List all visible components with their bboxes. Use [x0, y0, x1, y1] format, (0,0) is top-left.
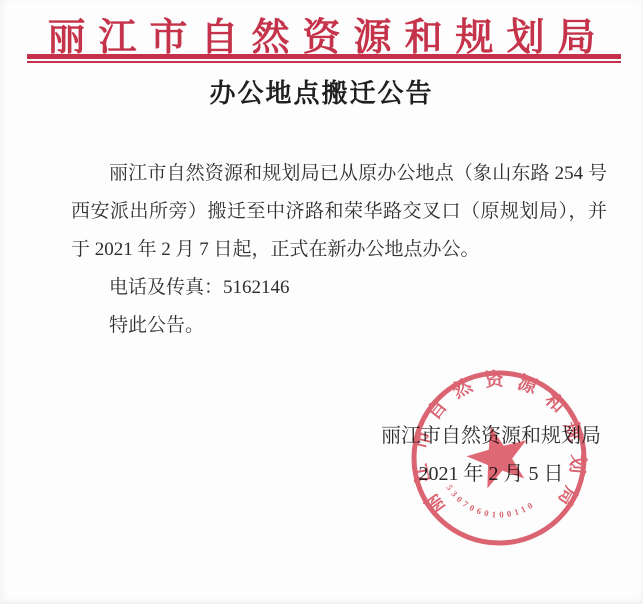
- body-paragraph-relocation: 丽江市自然资源和规划局已从原办公地点（象山东路 254 号西安派出所旁）搬迁至中…: [71, 155, 607, 269]
- body-paragraph-phone: 电话及传真：5162146: [71, 269, 607, 307]
- signature-organization: 丽江市自然资源和规划局: [381, 417, 601, 455]
- signature-block: 丽江市自然资源和规划局 2021 年 2 月 5 日: [381, 417, 601, 493]
- document-title: 办公地点搬迁公告: [0, 73, 643, 110]
- announcement-page: 丽江市自然资源和规划局 办公地点搬迁公告 丽江市自然资源和规划局已从原办公地点（…: [0, 0, 643, 604]
- letterhead-title: 丽江市自然资源和规划局: [0, 6, 643, 61]
- divider-thin-line: [27, 61, 621, 63]
- document-body: 丽江市自然资源和规划局已从原办公地点（象山东路 254 号西安派出所旁）搬迁至中…: [71, 155, 607, 345]
- signature-date: 2021 年 2 月 5 日: [381, 455, 601, 493]
- divider-thick-line: [27, 54, 621, 59]
- body-paragraph-closing: 特此公告。: [71, 307, 607, 345]
